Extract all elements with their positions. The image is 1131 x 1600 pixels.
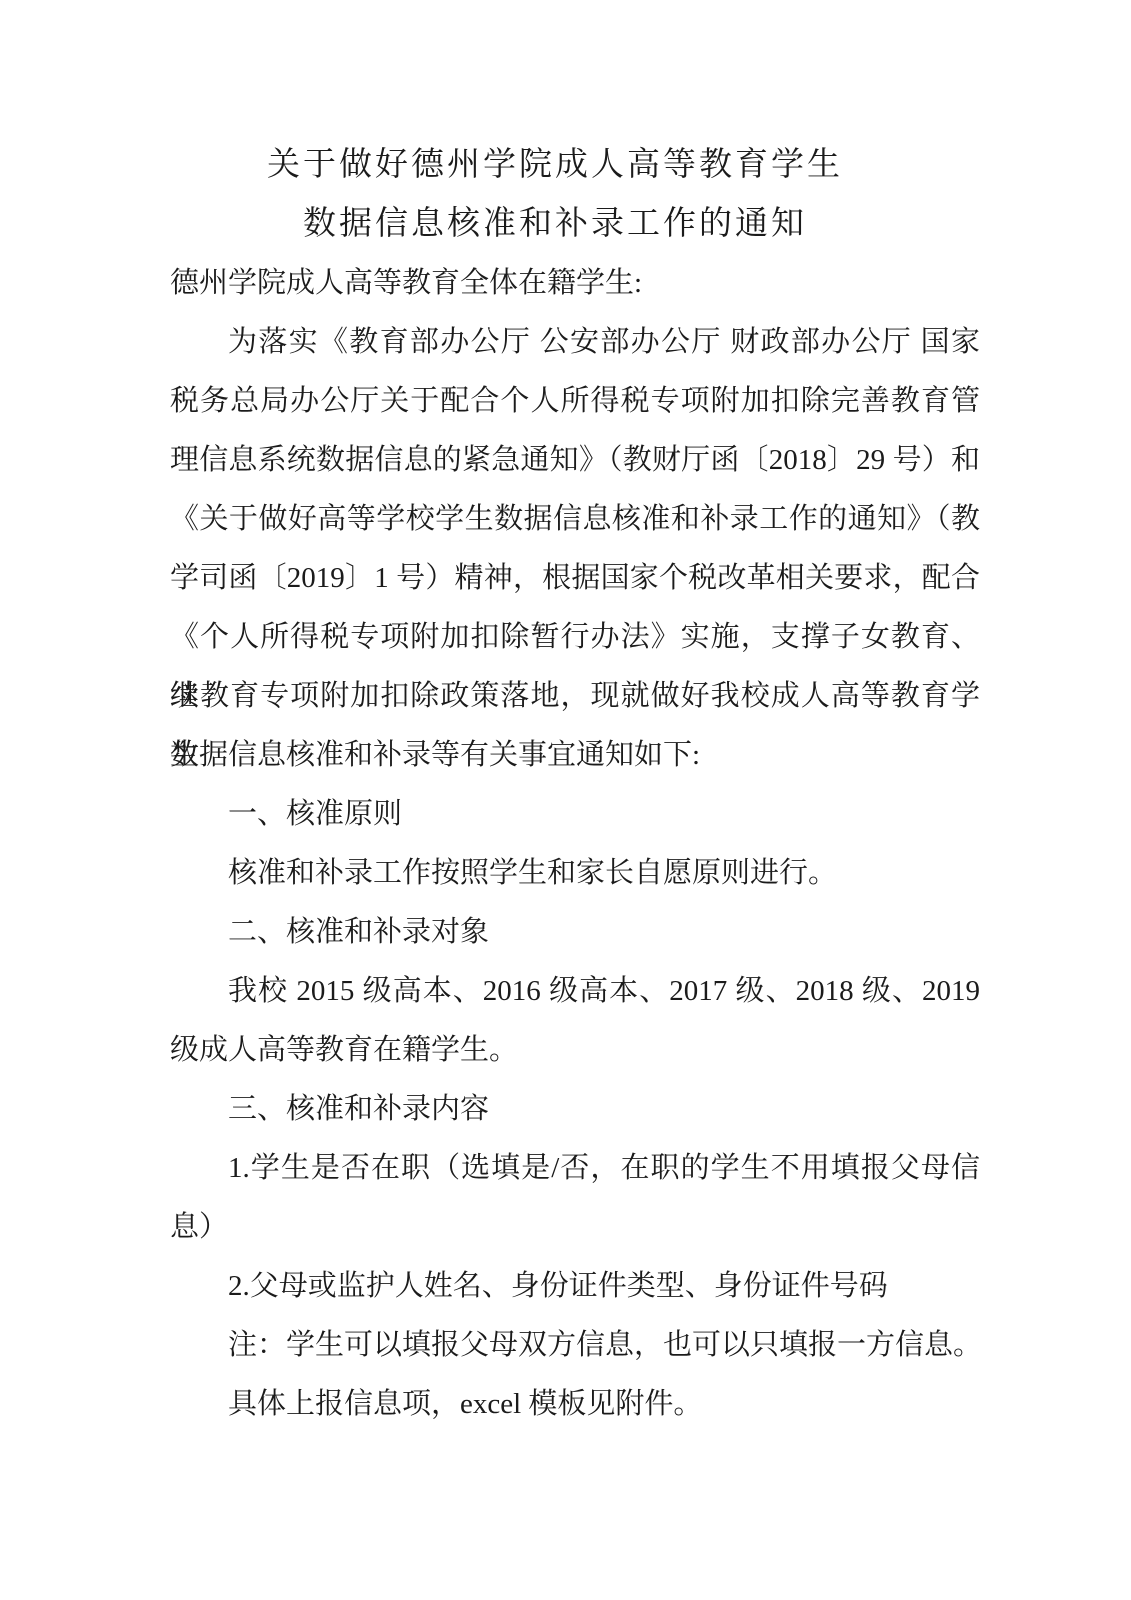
- document-line: 税务总局办公厅关于配合个人所得税专项附加扣除完善教育管: [170, 372, 980, 431]
- document-line: 二、核准和补录对象: [170, 903, 980, 962]
- document-line: 具体上报信息项，excel 模板见附件。: [170, 1375, 980, 1434]
- document-line: 级成人高等教育在籍学生。: [170, 1021, 980, 1080]
- document-line: 一、核准原则: [170, 785, 980, 844]
- document-line: 息）: [170, 1198, 980, 1257]
- document-page: 关于做好德州学院成人高等教育学生 数据信息核准和补录工作的通知 德州学院成人高等…: [0, 0, 1131, 1600]
- document-line: 三、核准和补录内容: [170, 1080, 980, 1139]
- document-line: 德州学院成人高等教育全体在籍学生:: [170, 254, 980, 313]
- document-line: 《关于做好高等学校学生数据信息核准和补录工作的通知》（教: [170, 490, 980, 549]
- document-title: 关于做好德州学院成人高等教育学生 数据信息核准和补录工作的通知: [170, 136, 980, 254]
- document-line: 为落实《教育部办公厅 公安部办公厅 财政部办公厅 国家: [170, 313, 980, 372]
- document-line: 核准和补录工作按照学生和家长自愿原则进行。: [170, 844, 980, 903]
- document-title-line-1: 关于做好德州学院成人高等教育学生: [170, 136, 940, 195]
- document-line: 数据信息核准和补录等有关事宜通知如下:: [170, 726, 980, 785]
- document-line: 2.父母或监护人姓名、身份证件类型、身份证件号码: [170, 1257, 980, 1316]
- document-body: 德州学院成人高等教育全体在籍学生:为落实《教育部办公厅 公安部办公厅 财政部办公…: [170, 254, 980, 1434]
- document-content: 关于做好德州学院成人高等教育学生 数据信息核准和补录工作的通知 德州学院成人高等…: [170, 136, 980, 1434]
- document-line: 学司函〔2019〕1 号）精神，根据国家个税改革相关要求，配合: [170, 549, 980, 608]
- document-line: 理信息系统数据信息的紧急通知》（教财厅函〔2018〕29 号）和: [170, 431, 980, 490]
- document-title-line-2: 数据信息核准和补录工作的通知: [170, 195, 940, 254]
- document-line: 1.学生是否在职（选填是/否，在职的学生不用填报父母信: [170, 1139, 980, 1198]
- document-line: 《个人所得税专项附加扣除暂行办法》实施，支撑子女教育、继: [170, 608, 980, 667]
- document-line: 续教育专项附加扣除政策落地，现就做好我校成人高等教育学生: [170, 667, 980, 726]
- document-line: 我校 2015 级高本、2016 级高本、2017 级、2018 级、2019: [170, 962, 980, 1021]
- document-line: 注：学生可以填报父母双方信息，也可以只填报一方信息。: [170, 1316, 980, 1375]
